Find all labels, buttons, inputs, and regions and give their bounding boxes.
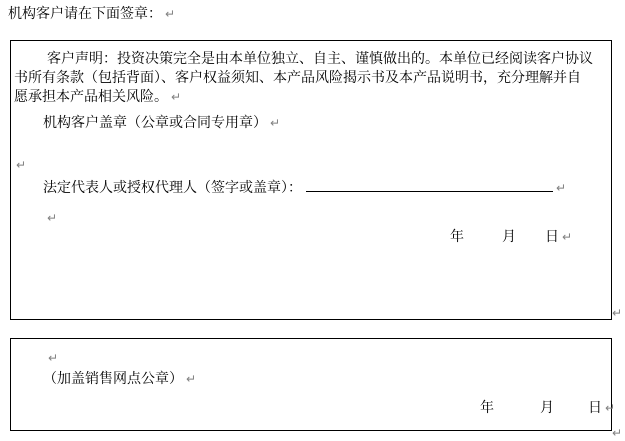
paragraph-mark-icon: ↵ <box>48 351 58 365</box>
paragraph-mark-icon: ↵ <box>165 7 175 21</box>
empty-paragraph: ↵ <box>16 157 26 173</box>
institution-seal-label: 机构客户盖章（公章或合同专用章） <box>43 115 267 131</box>
empty-paragraph: ↵ <box>48 350 58 366</box>
table-end-paragraph: ↵ <box>612 425 622 441</box>
client-declaration: 客户声明：投资决策完全是由本单位独立、自主、谨慎做出的。本单位已经阅读客户协议 … <box>14 50 593 107</box>
date-day-label: 日 <box>588 400 602 416</box>
document-page: 机构客户请在下面签章：↵ 客户声明：投资决策完全是由本单位独立、自主、谨慎做出的… <box>0 0 625 441</box>
page-heading-text: 机构客户请在下面签章： <box>8 6 162 22</box>
declaration-line-2: 书所有条款（包括背面）、客户权益须知、本产品风险揭示书及本产品说明书，充分理解并… <box>14 69 593 88</box>
institution-signature-box: 客户声明：投资决策完全是由本单位独立、自主、谨慎做出的。本单位已经阅读客户协议 … <box>10 40 612 320</box>
paragraph-mark-icon: ↵ <box>612 426 622 440</box>
paragraph-mark-icon: ↵ <box>605 401 615 415</box>
paragraph-mark-icon: ↵ <box>556 181 566 195</box>
representative-signature-row: 法定代表人或授权代理人（签字或盖章）：↵ <box>43 178 566 196</box>
institution-seal-line: 机构客户盖章（公章或合同专用章）↵ <box>43 116 280 131</box>
sales-seal-label: （加盖销售网点公章） <box>43 371 183 387</box>
date-year-label: 年 <box>450 229 464 245</box>
paragraph-mark-icon: ↵ <box>186 372 196 386</box>
paragraph-mark-icon: ↵ <box>612 306 622 320</box>
sales-date-line: 年月日↵ <box>480 401 615 416</box>
paragraph-mark-icon: ↵ <box>16 158 26 172</box>
page-heading: 机构客户请在下面签章：↵ <box>8 7 175 22</box>
paragraph-mark-icon: ↵ <box>562 230 572 244</box>
signature-line[interactable] <box>306 178 553 192</box>
declaration-line-3: 愿承担本产品相关风险。↵ <box>14 88 593 107</box>
paragraph-mark-icon: ↵ <box>47 211 57 225</box>
representative-label: 法定代表人或授权代理人（签字或盖章）： <box>43 180 302 196</box>
date-day-label: 日 <box>545 229 559 245</box>
sales-seal-line: （加盖销售网点公章）↵ <box>43 372 196 387</box>
table-end-paragraph: ↵ <box>612 305 622 321</box>
empty-paragraph: ↵ <box>47 210 57 226</box>
sales-outlet-seal-box: ↵ （加盖销售网点公章）↵ 年月日↵ <box>10 338 612 431</box>
institution-date-line: 年月日↵ <box>450 230 572 245</box>
paragraph-mark-icon: ↵ <box>270 116 280 130</box>
date-month-label: 月 <box>502 229 516 245</box>
declaration-line-1: 客户声明：投资决策完全是由本单位独立、自主、谨慎做出的。本单位已经阅读客户协议 <box>14 50 593 69</box>
paragraph-mark-icon: ↵ <box>171 90 181 104</box>
date-year-label: 年 <box>480 400 494 416</box>
date-month-label: 月 <box>540 400 554 416</box>
